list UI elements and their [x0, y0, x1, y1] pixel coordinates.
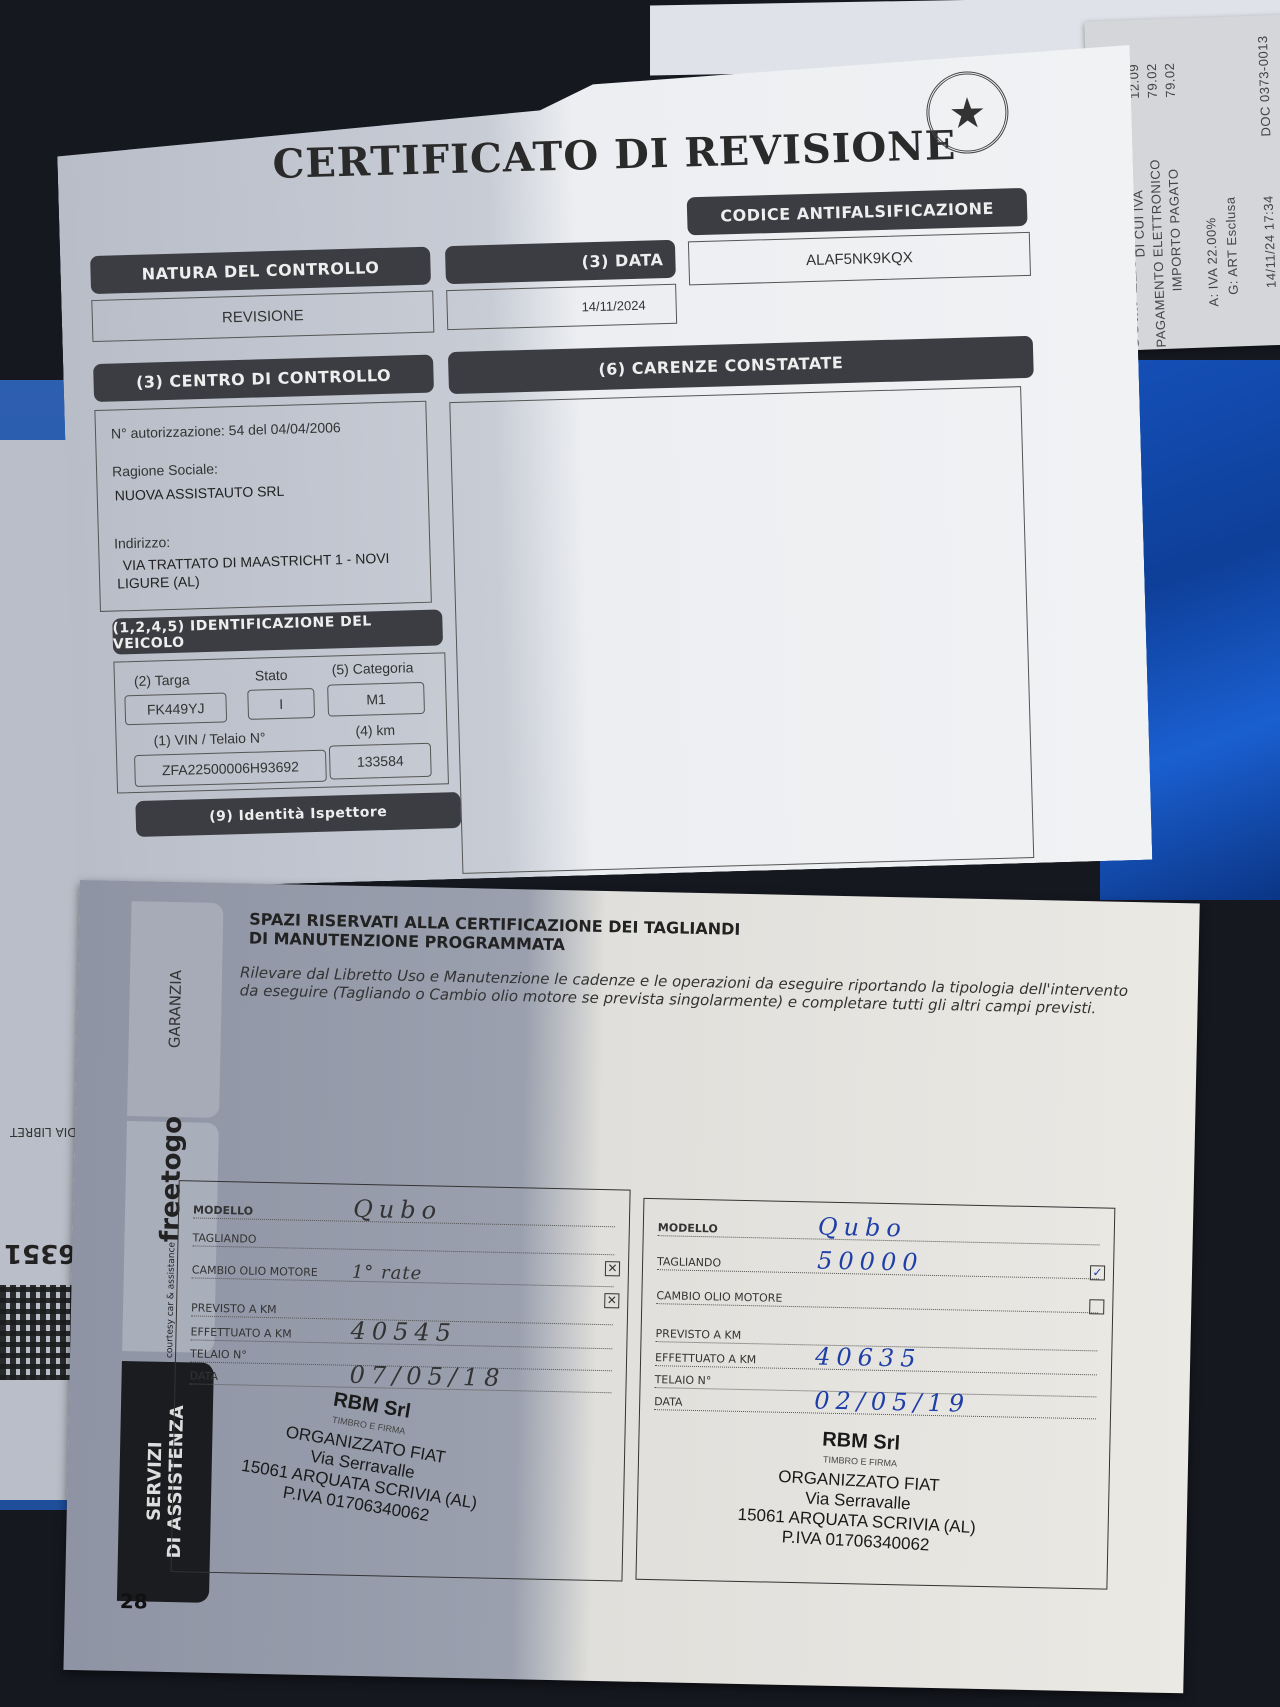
indirizzo-label: Indirizzo:	[114, 534, 170, 552]
receipt-timestamp: 14/11/24 17:34	[1260, 195, 1278, 288]
categoria-value: M1	[327, 682, 425, 717]
qr-code	[0, 1285, 78, 1380]
ispettore-header: (9) Identità Ispettore	[135, 792, 461, 837]
natura-value: REVISIONE	[91, 291, 434, 343]
revision-certificate: CERTIFICATO DI REVISIONE ★ NATURA DEL CO…	[55, 45, 1152, 890]
indirizzo-line2: LIGURE (AL)	[117, 573, 200, 591]
receipt-doc-ref: DOC 0373-0013	[1255, 35, 1274, 137]
receipt-row-label: IMPORTO PAGATO	[1165, 168, 1184, 291]
field-modello: MODELLOQubo	[658, 1219, 1100, 1245]
field-tagliando: TAGLIANDO✕	[192, 1229, 614, 1255]
field-cambio-olio: CAMBIO OLIO MOTORE1° rate✕	[192, 1261, 614, 1287]
vin-label: (1) VIN / Telaio N°	[153, 729, 265, 748]
booklet-title: SPAZI RISERVATI ALLA CERTIFICAZIONE DEI …	[249, 910, 741, 958]
receipt-row-value: 79.02	[1162, 62, 1178, 98]
certificate-title: CERTIFICATO DI REVISIONE	[272, 122, 957, 188]
page-number: 28	[120, 1589, 148, 1614]
dealer-stamp: RBM Srl TIMBRO E FIRMA ORGANIZZATO FIAT …	[705, 1423, 1011, 1560]
km-label: (4) km	[355, 722, 395, 739]
targa-value: FK449YJ	[124, 692, 227, 725]
maintenance-record-1: MODELLOQubo TAGLIANDO✕ CAMBIO OLIO MOTOR…	[171, 1180, 631, 1581]
ragione-label: Ragione Sociale:	[112, 461, 218, 480]
receipt-row-value: 79.02	[1144, 63, 1160, 99]
field-modello: MODELLOQubo	[193, 1201, 615, 1227]
field-effettuato: EFFETTUATO A KM40545	[190, 1323, 612, 1349]
natura-header: NATURA DEL CONTROLLO	[90, 247, 431, 294]
carenze-header: (6) CARENZE CONSTATATE	[448, 336, 1034, 394]
centro-header: (3) CENTRO DI CONTROLLO	[93, 355, 434, 402]
stato-label: Stato	[255, 667, 288, 684]
cambio-olio-checkbox[interactable]: ✕	[604, 1293, 619, 1308]
field-data: DATA02/05/19	[654, 1393, 1096, 1419]
vin-value: ZFA22500006H93692	[134, 750, 327, 787]
targa-label: (2) Targa	[134, 671, 190, 689]
km-value: 133584	[329, 743, 432, 780]
stato-value: I	[247, 688, 315, 720]
booklet-description: Rilevare dal Libretto Uso e Manutenzione…	[240, 963, 1141, 1018]
cambio-olio-checkbox[interactable]	[1089, 1299, 1104, 1314]
field-tagliando: TAGLIANDO50000✓	[657, 1253, 1099, 1279]
tab-garanzia[interactable]: GARANZIA	[127, 901, 223, 1118]
receipt-vat-g: G: ART Esclusa	[1223, 196, 1241, 295]
carenze-box	[449, 386, 1034, 874]
veicolo-header: (1,2,4,5) IDENTIFICAZIONE DEL VEICOLO	[112, 609, 443, 654]
data-value: 14/11/2024	[446, 284, 677, 330]
field-cambio-olio: CAMBIO OLIO MOTORE	[656, 1287, 1098, 1313]
maintenance-booklet: GARANZIA freetogo courtesy car & assista…	[63, 880, 1199, 1693]
maintenance-record-2: MODELLOQubo TAGLIANDO50000✓ CAMBIO OLIO …	[635, 1198, 1115, 1590]
receipt-vat-a: A: IVA 22.00%	[1203, 217, 1221, 307]
categoria-label: (5) Categoria	[331, 659, 413, 677]
codice-value: ALAF5NK9KQX	[688, 232, 1031, 286]
italian-emblem-icon: ★	[925, 70, 1009, 154]
field-effettuato: EFFETTUATO A KM40635	[655, 1349, 1097, 1375]
dealer-stamp: RBM Srl TIMBRO E FIRMA ORGANIZZATO FIAT …	[206, 1372, 521, 1538]
data-header: (3) DATA	[445, 240, 676, 284]
tagliando-checkbox[interactable]: ✓	[1090, 1265, 1105, 1280]
codice-header: CODICE ANTIFALSIFICAZIONE	[687, 188, 1028, 235]
